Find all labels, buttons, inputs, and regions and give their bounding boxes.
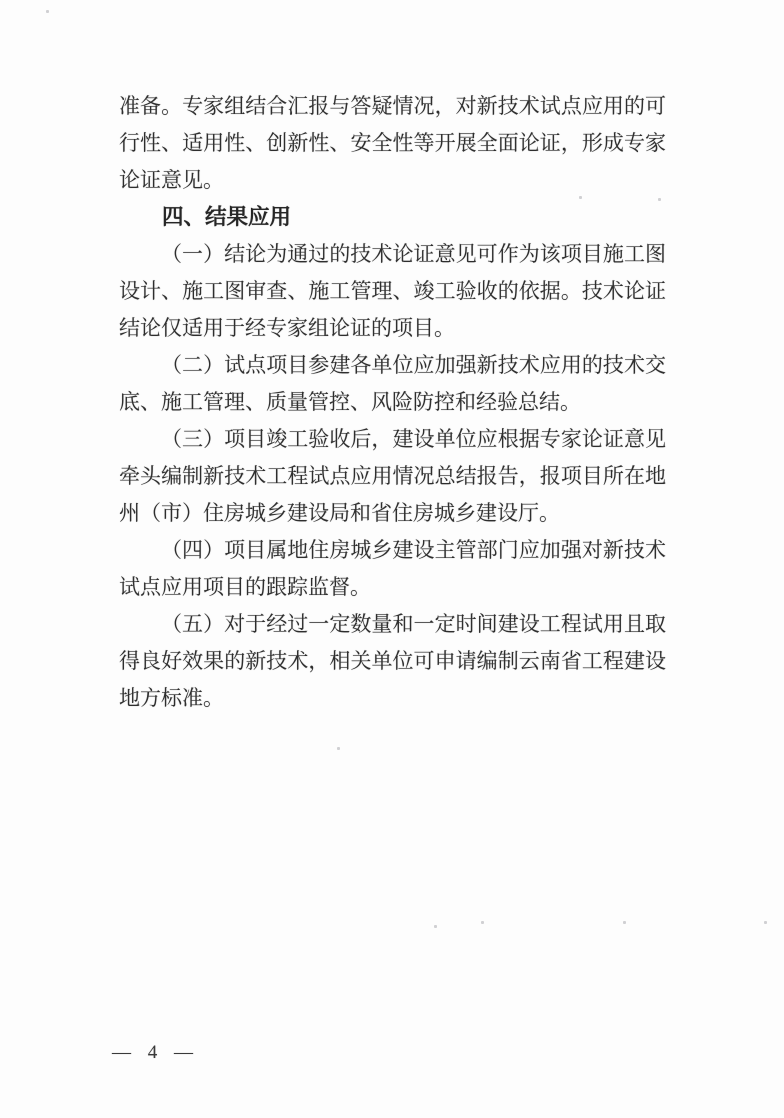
paragraph-item-3: （三）项目竣工验收后，建设单位应根据专家论证意见牵头编制新技术工程试点应用情况总…: [119, 421, 666, 532]
scan-speck: [46, 10, 49, 13]
scanned-document-page: 准备。专家组结合汇报与答疑情况，对新技术试点应用的可行性、适用性、创新性、安全性…: [0, 0, 784, 1118]
page-number: — 4 —: [112, 1042, 199, 1063]
section-heading: 四、结果应用: [119, 199, 666, 236]
paragraph-item-4: （四）项目属地住房城乡建设主管部门应加强对新技术试点应用项目的跟踪监督。: [119, 532, 666, 606]
paragraph-item-5: （五）对于经过一定数量和一定时间建设工程试用且取得良好效果的新技术，相关单位可申…: [119, 606, 666, 717]
document-body: 准备。专家组结合汇报与答疑情况，对新技术试点应用的可行性、适用性、创新性、安全性…: [119, 88, 666, 717]
scan-speck: [434, 925, 437, 928]
paragraph-item-1: （一）结论为通过的技术论证意见可作为该项目施工图设计、施工图审查、施工管理、竣工…: [119, 236, 666, 347]
scan-speck: [658, 198, 661, 201]
page-footer: — 4 —: [112, 1042, 199, 1064]
scan-speck: [481, 921, 484, 924]
scan-speck: [337, 747, 340, 750]
paragraph-item-2: （二）试点项目参建各单位应加强新技术应用的技术交底、施工管理、质量管控、风险防控…: [119, 347, 666, 421]
paragraph-continuation: 准备。专家组结合汇报与答疑情况，对新技术试点应用的可行性、适用性、创新性、安全性…: [119, 88, 666, 199]
scan-speck: [579, 196, 582, 199]
scan-speck: [764, 921, 767, 924]
scan-speck: [623, 921, 626, 924]
